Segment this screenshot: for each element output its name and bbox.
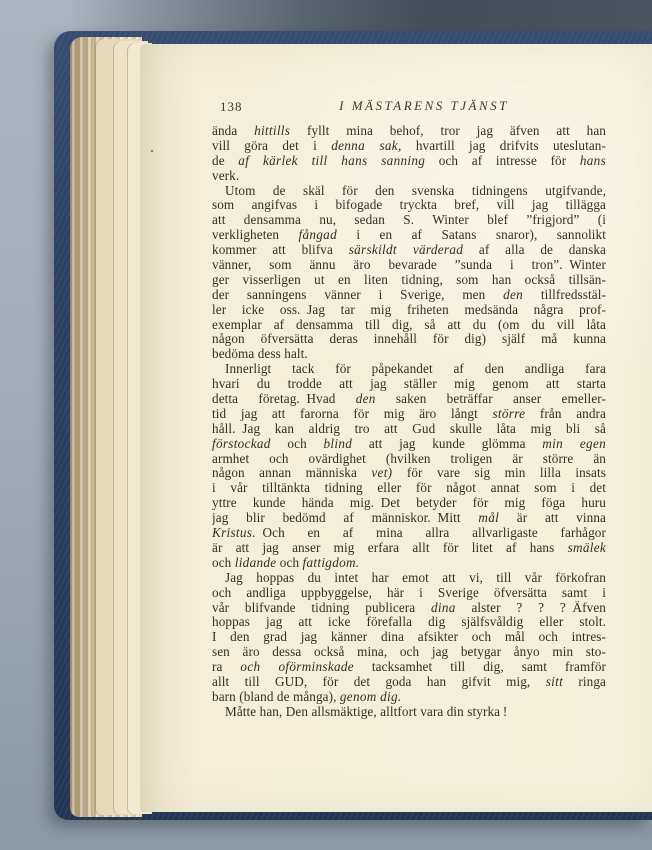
text-line: ler icke oss. Jag tar mig friheten medsä… — [212, 303, 606, 318]
text-line: kommer att blifva särskildt värderad af … — [212, 243, 606, 258]
text-line: vår blifvande tidning publicera dina als… — [212, 601, 606, 616]
text-line: och lidande och fattigdom. — [212, 556, 606, 571]
text-line: är att jag anser mig erfara allt för lit… — [212, 541, 606, 556]
text-line: sen äro dessa också mina, och jag betyga… — [212, 645, 606, 660]
text-line: allt till GUD, för det goda han gifvit m… — [212, 675, 606, 690]
text-line: armhet och ovärdighet (hvilken troligen … — [212, 452, 606, 467]
background-bottom — [0, 819, 652, 850]
text-line: vänner, som ännu äro bevarade ”sunda i t… — [212, 258, 606, 273]
text-line: att densamma nu, sedan S. Winter blef ”f… — [212, 213, 606, 228]
text-line: förstockad och blind att jag kunde glömm… — [212, 437, 606, 452]
text-line: ra och oförminskade tacksamhet till dig,… — [212, 660, 606, 675]
text-line: ända hittills fyllt mina behof, tror jag… — [212, 124, 606, 139]
text-line: och andliga uppbyggelse, här i Sverige ö… — [212, 586, 606, 601]
text-line: de af kärlek till hans sanning och af in… — [212, 154, 606, 169]
running-head: I MÄSTARENS TJÄNST — [212, 98, 606, 114]
text-line: verkligheten fångad i en af Satans snaro… — [212, 228, 606, 243]
text-line: Kristus. Och en af mina allra allvarliga… — [212, 526, 606, 541]
text-line: jag blir bedömd af människor. Mitt mål ä… — [212, 511, 606, 526]
text-line: någon öfversätta deras innehåll för dig)… — [212, 332, 606, 347]
text-line: någon annan människa vet) för vare sig m… — [212, 466, 606, 481]
text-line: I den grad jag känner dina afsikter och … — [212, 630, 606, 645]
text-line: som angifvas i bifogade tryckta bref, vi… — [212, 198, 606, 213]
book-photo-scene: 138 I MÄSTARENS TJÄNST ända hittills fyl… — [0, 0, 652, 850]
text-line: Jag hoppas du intet har emot att vi, til… — [212, 571, 606, 586]
text-line: Utom de skäl för den svenska tidningens … — [212, 184, 606, 199]
text-line: der sanningens vänner i Sverige, men den… — [212, 288, 606, 303]
text-line: verk. — [212, 169, 606, 184]
text-line: hoppas jag att icke förefalla dig själfs… — [212, 615, 606, 630]
text-line: ger visserligen ut en liten tidning, som… — [212, 273, 606, 288]
text-line: detta företag. Hvad den saken beträffar … — [212, 392, 606, 407]
page-speck — [151, 150, 153, 152]
text-line: vill göra det i denna sak, hvartill jag … — [212, 139, 606, 154]
page-text: ända hittills fyllt mina behof, tror jag… — [212, 124, 606, 720]
text-line: tid jag att farorna för mig äro långt st… — [212, 407, 606, 422]
text-line: exemplar af densamma till dig, så att du… — [212, 318, 606, 333]
text-line: barn (bland de många), genom dig. — [212, 690, 606, 705]
text-line: bedöma dess halt. — [212, 347, 606, 362]
text-line: Måtte han, Den allsmäktige, alltfort var… — [212, 705, 606, 720]
text-line: i vår tilltänkta tidning eller för något… — [212, 481, 606, 496]
book-page: 138 I MÄSTARENS TJÄNST ända hittills fyl… — [140, 44, 652, 812]
text-line: håll. Jag kan aldrig tro att Gud skulle … — [212, 422, 606, 437]
text-line: yttre kunde hända mig. Det betyder för m… — [212, 496, 606, 511]
text-line: hvari du trodde att jag ställer mig geno… — [212, 377, 606, 392]
text-line: Innerligt tack för påpekandet af den and… — [212, 362, 606, 377]
